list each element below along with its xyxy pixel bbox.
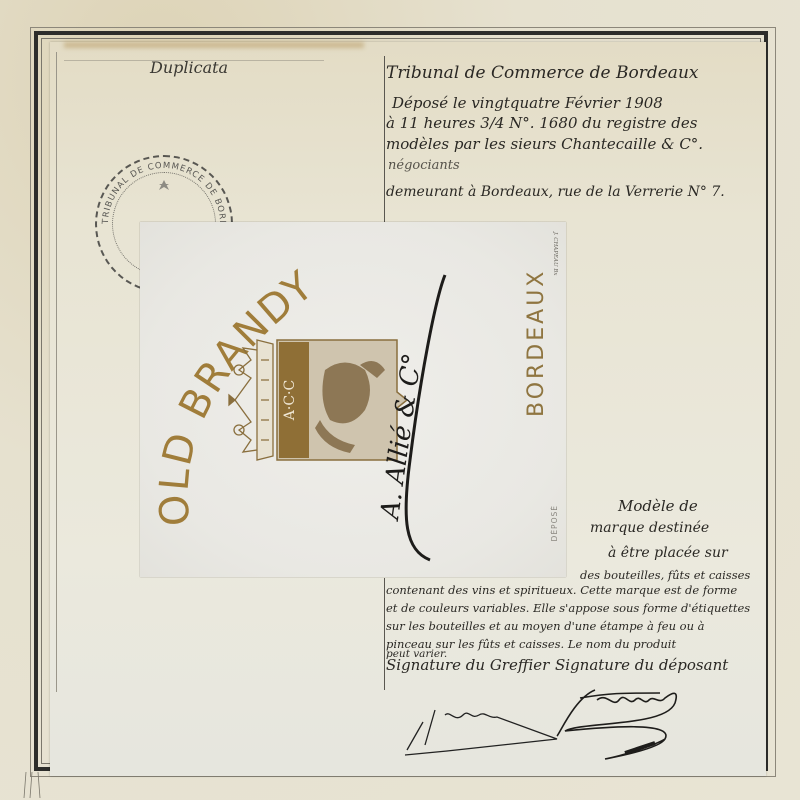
greffier-signature bbox=[395, 680, 575, 760]
tribunal-title: Tribunal de Commerce de Bordeaux bbox=[386, 63, 698, 83]
column-divider-bottom bbox=[384, 578, 385, 690]
description-line-3: et de couleurs variables. Elle s'appose … bbox=[386, 601, 750, 615]
maker-signature: A. Allié & C° bbox=[290, 260, 490, 570]
description-line-2: contenant des vins et spiritueux. Cette … bbox=[386, 583, 737, 597]
corner-scratch-marks bbox=[22, 770, 52, 800]
depositor-line: modèles par les sieurs Chantecaille & C°… bbox=[386, 135, 703, 153]
description-line-1: des bouteilles, fûts et caisses bbox=[580, 568, 750, 582]
description-heading-1: Modèle de bbox=[618, 497, 698, 515]
deposit-date-line: Déposé le vingtquatre Février 1908 bbox=[392, 94, 663, 112]
deposant-signature-label: Signature du déposant bbox=[555, 656, 728, 674]
column-divider-top bbox=[384, 56, 385, 222]
description-heading-3: à être placée sur bbox=[608, 545, 728, 561]
description-heading-2: marque destinée bbox=[590, 520, 709, 536]
svg-text:BORDEAUX: BORDEAUX bbox=[524, 269, 549, 417]
description-line-4: sur les bouteilles et au moyen d'une éta… bbox=[386, 619, 705, 633]
depose-mark: DÉPOSÉ bbox=[550, 505, 559, 541]
deposant-signature bbox=[555, 678, 755, 768]
address-line: demeurant à Bordeaux, rue de la Verrerie… bbox=[386, 184, 725, 200]
water-stain bbox=[64, 42, 364, 48]
greffier-signature-label: Signature du Greffier bbox=[386, 656, 549, 674]
bordeaux-city-text: BORDEAUX bbox=[495, 255, 555, 425]
margin-line bbox=[56, 52, 59, 692]
printer-mark: J. CHAPEAU Bx bbox=[552, 232, 558, 275]
duplicata-annotation: Duplicata bbox=[150, 58, 228, 77]
deposit-time-line: à 11 heures 3/4 N°. 1680 du registre des bbox=[386, 114, 697, 132]
occupation-line: négociants bbox=[388, 158, 460, 173]
svg-text:A. Allié & C°: A. Allié & C° bbox=[375, 351, 428, 523]
